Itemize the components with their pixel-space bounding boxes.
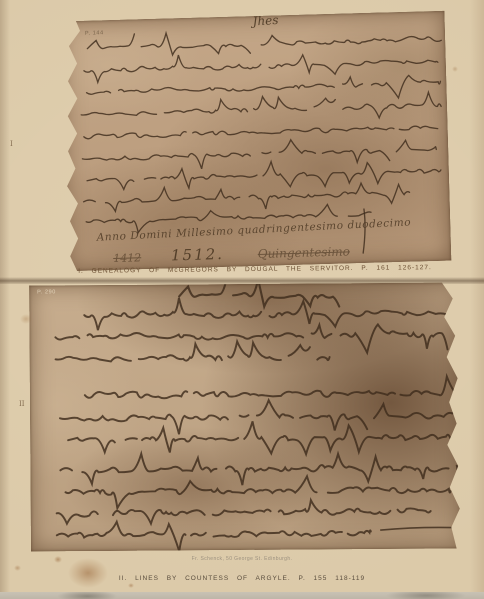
plate-numeral-2: II xyxy=(19,400,25,408)
foxing-stain xyxy=(68,558,108,588)
manuscript-handwriting-bottom xyxy=(29,283,461,552)
foxing-stain xyxy=(128,583,134,588)
correction-word: Quingentesimo xyxy=(258,244,351,261)
printer-credit: Fr. Schenck, 50 George St. Edinburgh. xyxy=(92,556,392,562)
book-page-photo: P. 144 Jhes Anno Domini Millesimo quadri… xyxy=(0,0,484,599)
corner-page-label: P. 290 xyxy=(37,289,56,295)
struck-year: 1412 xyxy=(113,251,141,265)
foxing-stain xyxy=(14,565,21,571)
foxing-stain xyxy=(452,66,458,72)
facsimile-panel-genealogy: P. 144 Jhes Anno Domini Millesimo quadri… xyxy=(61,11,452,272)
year-1512: 1512. xyxy=(171,245,224,264)
foxing-stain xyxy=(54,556,62,563)
plate-numeral-1: I xyxy=(10,140,13,148)
invocation-heading: Jhes xyxy=(252,13,279,29)
facsimile-panel-countess: P. 290 xyxy=(29,283,461,552)
corner-page-label: P. 144 xyxy=(85,30,104,37)
scan-edge-strip xyxy=(0,592,484,599)
caption-plate-2: II. LINES BY COUNTESS OF ARGYLE. P. 155 … xyxy=(42,575,442,582)
